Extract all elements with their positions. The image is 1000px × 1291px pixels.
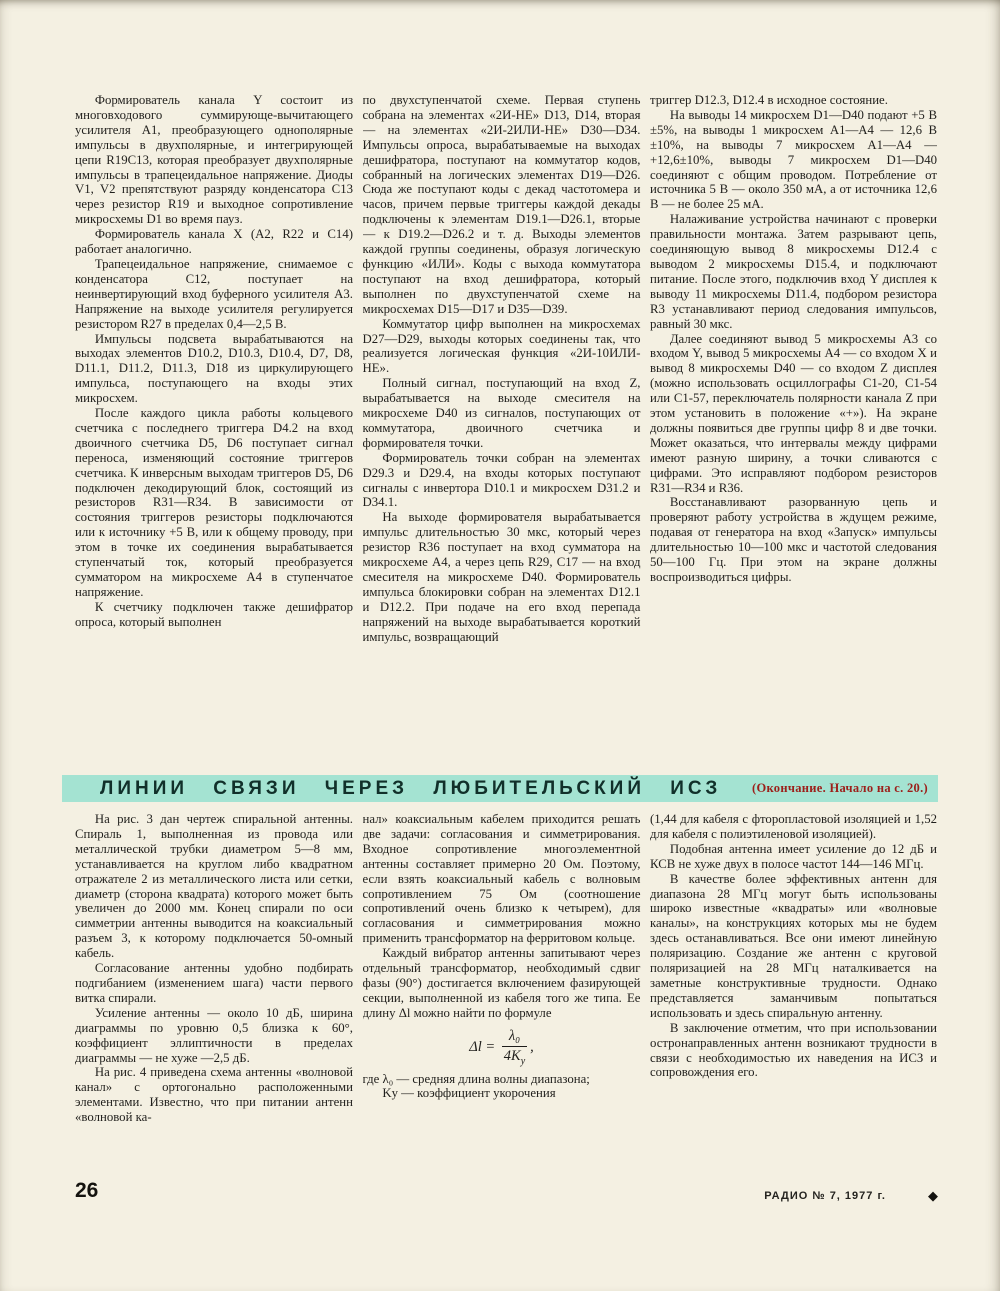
paragraph: В заключение отметим, что при использова…	[650, 1021, 937, 1081]
article-title-banner: ЛИНИИ СВЯЗИ ЧЕРЕЗ ЛЮБИТЕЛЬСКИЙ ИСЗ (Окон…	[62, 775, 938, 802]
paragraph: Полный сигнал, поступающий на вход Z, вы…	[363, 376, 641, 451]
paragraph: Kу — коэффициент укорочения	[363, 1086, 641, 1101]
article-lower-section: На рис. 3 дан чертеж спиральной антенны.…	[75, 812, 937, 1180]
paragraph: триггер D12.3, D12.4 в исходное состояни…	[650, 93, 937, 108]
formula-equals: =	[485, 1038, 495, 1054]
paragraph: Согласование антенны удобно подбирать по…	[75, 961, 353, 1006]
lower-middle-text-top: нал» коаксиальным кабелем приходится реш…	[363, 812, 641, 1021]
paragraph: Формирователь точки собран на элементах …	[363, 451, 641, 511]
upper-column-middle: по двухступенчатой схеме. Первая ступень…	[363, 93, 641, 773]
article-upper-section: Формирователь канала Y состоит из многов…	[75, 93, 937, 773]
paragraph: Формирователь канала Y состоит из многов…	[75, 93, 353, 227]
paragraph: В качестве более эффективных антенн для …	[650, 872, 937, 1021]
formula-lhs: Δl	[469, 1038, 482, 1054]
lower-column-right: (1,44 для кабеля с фторопластовой изоляц…	[650, 812, 937, 1180]
lower-middle-text-bottom: где λ₀ — средняя длина волны диапазона;K…	[363, 1072, 641, 1102]
paragraph: (1,44 для кабеля с фторопластовой изоляц…	[650, 812, 937, 842]
paragraph: На выводы 14 микросхем D1—D40 подают +5 …	[650, 108, 937, 212]
lower-column-left: На рис. 3 дан чертеж спиральной антенны.…	[75, 812, 353, 1180]
paragraph: К счетчику подключен также дешифратор оп…	[75, 600, 353, 630]
article-title: ЛИНИИ СВЯЗИ ЧЕРЕЗ ЛЮБИТЕЛЬСКИЙ ИСЗ	[100, 778, 721, 800]
paragraph: Формирователь канала X (A2, R22 и C14) р…	[75, 227, 353, 257]
paragraph: Далее соединяют вывод 5 микросхемы A3 со…	[650, 332, 937, 496]
paragraph: где λ₀ — средняя длина волны диапазона;	[363, 1072, 641, 1087]
continuation-note: (Окончание. Начало на с. 20.)	[752, 781, 928, 796]
paragraph: Трапецеидальное напряжение, снимаемое с …	[75, 257, 353, 332]
upper-column-right: триггер D12.3, D12.4 в исходное состояни…	[650, 93, 937, 773]
paragraph: нал» коаксиальным кабелем приходится реш…	[363, 812, 641, 946]
paragraph: На выходе формирователя вырабатывается и…	[363, 510, 641, 644]
paragraph: Восстанавливают разорванную цепь и прове…	[650, 495, 937, 584]
paragraph: После каждого цикла работы кольцевого сч…	[75, 406, 353, 600]
paragraph: Налаживание устройства начинают с провер…	[650, 212, 937, 331]
journal-issue: РАДИО № 7, 1977 г.	[764, 1190, 886, 1202]
lower-column-middle: нал» коаксиальным кабелем приходится реш…	[363, 812, 641, 1180]
paragraph: На рис. 3 дан чертеж спиральной антенны.…	[75, 812, 353, 961]
diamond-icon: ◆	[928, 1188, 938, 1204]
upper-column-left: Формирователь канала Y состоит из многов…	[75, 93, 353, 773]
formula-numerator: λ₀	[502, 1028, 527, 1047]
page-number: 26	[75, 1179, 98, 1203]
formula-denominator: 4Kу	[502, 1047, 527, 1067]
page-footer: 26 РАДИО № 7, 1977 г. ◆	[75, 1178, 938, 1204]
phasing-section-formula: Δl = λ₀4Kу,	[363, 1028, 641, 1067]
formula-comma: ,	[530, 1038, 534, 1054]
paragraph: Подобная антенна имеет усиление до 12 дБ…	[650, 842, 937, 872]
paragraph: Усиление антенны — около 10 дБ, ширина д…	[75, 1006, 353, 1066]
formula-fraction: λ₀4Kу	[502, 1028, 527, 1067]
paragraph: Каждый вибратор антенны запитывают через…	[363, 946, 641, 1021]
paragraph: по двухступенчатой схеме. Первая ступень…	[363, 93, 641, 317]
paragraph: На рис. 4 приведена схема антенны «волно…	[75, 1065, 353, 1125]
paragraph: Коммутатор цифр выполнен на микросхемах …	[363, 317, 641, 377]
paragraph: Импульсы подсвета вырабатываются на выхо…	[75, 332, 353, 407]
magazine-page: Формирователь канала Y состоит из многов…	[0, 0, 1000, 1291]
